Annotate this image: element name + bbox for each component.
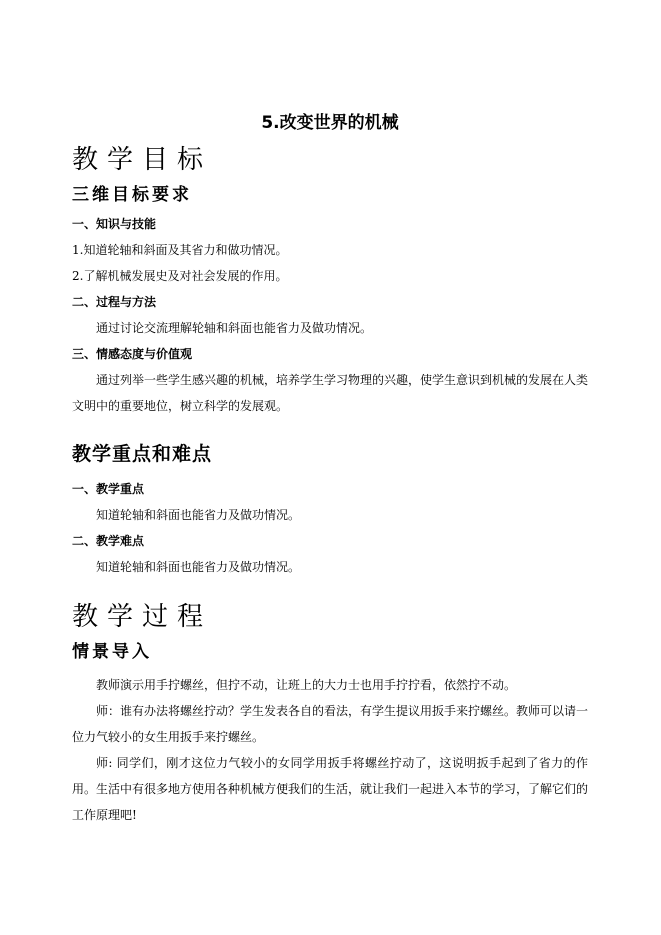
para-emotion-attitude-values: 通过列举一些学生感兴趣的机械，培养学生学习物理的兴趣，使学生意识到机械的发展在人…	[72, 367, 588, 419]
document-content: 5.改变世界的机械 教学目标 三维目标要求 一、知识与技能 1.知道轮轴和斜面及…	[0, 0, 661, 828]
para-teacher-question: 师：谁有办法将螺丝拧动？学生发表各自的看法，有学生提议用扳手来拧螺丝。教师可以请…	[72, 698, 588, 750]
section-objectives: 教学目标 三维目标要求 一、知识与技能 1.知道轮轴和斜面及其省力和做功情况。 …	[72, 144, 588, 419]
subheading-scenario-introduction: 情景导入	[72, 638, 588, 666]
heading-objectives: 教学目标	[72, 144, 588, 177]
label-teaching-difficulty: 二、教学难点	[72, 528, 588, 554]
subheading-three-dimensional-goals: 三维目标要求	[72, 181, 588, 209]
label-knowledge-and-skills: 一、知识与技能	[72, 211, 588, 237]
heading-key-points-and-difficulties: 教学重点和难点	[72, 440, 588, 468]
para-teacher-summary: 师: 同学们，刚才这位力气较小的女同学用扳手将螺丝拧动了，这说明扳手起到了省力的…	[72, 750, 588, 828]
label-process-and-method: 二、过程与方法	[72, 289, 588, 315]
para-knowledge-item-1: 1.知道轮轴和斜面及其省力和做功情况。	[72, 237, 588, 263]
label-teaching-key-point: 一、教学重点	[72, 476, 588, 502]
heading-teaching-process: 教学过程	[72, 601, 588, 634]
section-key-points: 教学重点和难点 一、教学重点 知道轮轴和斜面也能省力及做功情况。 二、教学难点 …	[72, 440, 588, 580]
doc-title: 5.改变世界的机械	[72, 111, 588, 136]
para-teaching-difficulty: 知道轮轴和斜面也能省力及做功情况。	[72, 554, 588, 580]
para-knowledge-item-2: 2.了解机械发展史及对社会发展的作用。	[72, 263, 588, 289]
document-page: 5.改变世界的机械 教学目标 三维目标要求 一、知识与技能 1.知道轮轴和斜面及…	[0, 0, 661, 935]
para-teaching-key-point: 知道轮轴和斜面也能省力及做功情况。	[72, 502, 588, 528]
label-emotion-attitude-values: 三、情感态度与价值观	[72, 341, 588, 367]
para-process-method: 通过讨论交流理解轮轴和斜面也能省力及做功情况。	[72, 315, 588, 341]
para-intro-demo: 教师演示用手拧螺丝，但拧不动，让班上的大力士也用手拧拧看，依然拧不动。	[72, 672, 588, 698]
section-teaching-process: 教学过程 情景导入 教师演示用手拧螺丝，但拧不动，让班上的大力士也用手拧拧看，依…	[72, 601, 588, 828]
